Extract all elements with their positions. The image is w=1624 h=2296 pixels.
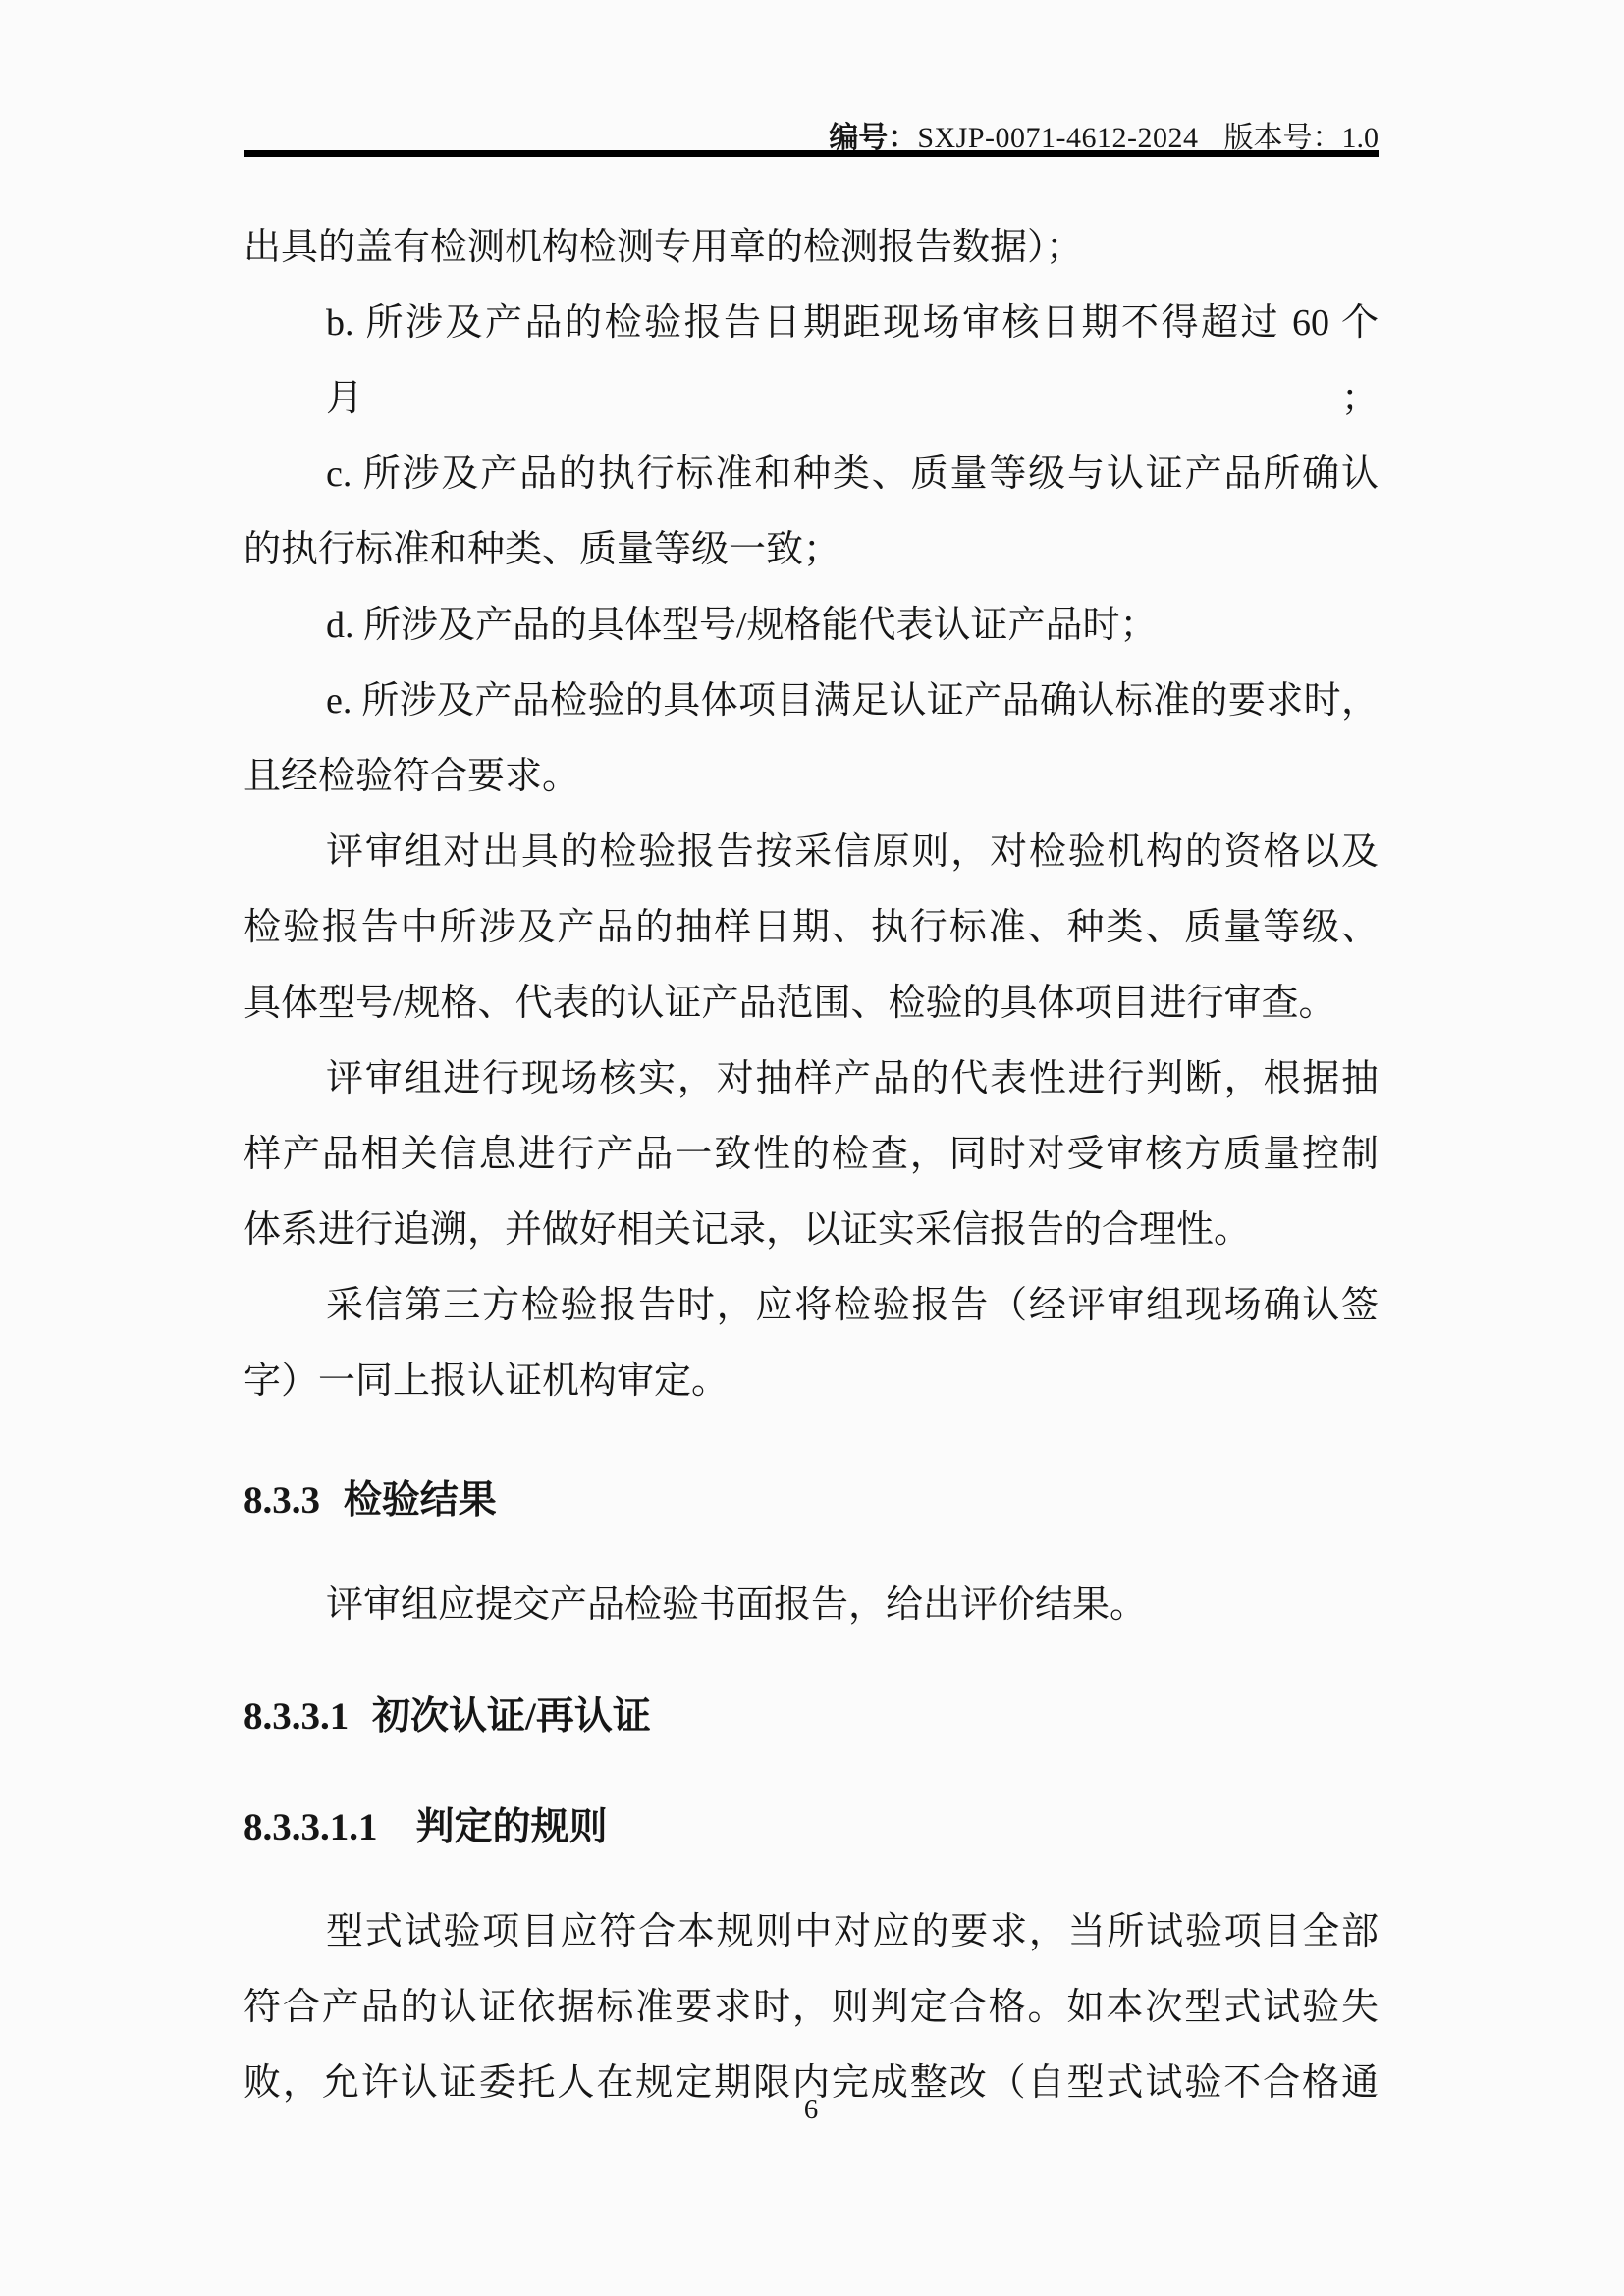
- header-divider: [244, 150, 1379, 157]
- section-heading: 8.3.3.1 初次认证/再认证: [244, 1679, 1379, 1754]
- paragraph-line: 符合产品的认证依据标准要求时，则判定合格。如本次型式试验失: [244, 1970, 1379, 2046]
- page-footer: 6: [244, 2093, 1379, 2126]
- paragraph-line: b. 所涉及产品的检验报告日期距现场审核日期不得超过 60 个月；: [244, 286, 1379, 437]
- paragraph-line: 体系进行追溯，并做好相关记录，以证实采信报告的合理性。: [244, 1193, 1379, 1268]
- paragraph-line: c. 所涉及产品的执行标准和种类、质量等级与认证产品所确认: [244, 437, 1379, 512]
- page-number: 6: [804, 2094, 819, 2125]
- section-heading: 8.3.3 检验结果: [244, 1463, 1379, 1538]
- paragraph-line: 评审组进行现场核实，对抽样产品的代表性进行判断，根据抽: [244, 1041, 1379, 1117]
- paragraph-line: 样产品相关信息进行产品一致性的检查，同时对受审核方质量控制: [244, 1117, 1379, 1193]
- paragraph-line: 的执行标准和种类、质量等级一致；: [244, 512, 1379, 588]
- section-heading: 8.3.3.1.1 判定的规则: [244, 1789, 1379, 1865]
- paragraph-line: 出具的盖有检测机构检测专用章的检测报告数据）；: [244, 210, 1379, 286]
- paragraph-line: 评审组应提交产品检验书面报告，给出评价结果。: [244, 1568, 1379, 1643]
- paragraph-line: d. 所涉及产品的具体型号/规格能代表认证产品时；: [244, 588, 1379, 664]
- paragraph-line: 字）一同上报认证机构审定。: [244, 1344, 1379, 1419]
- paragraph-line: 且经检验符合要求。: [244, 739, 1379, 815]
- paragraph-line: 检验报告中所涉及产品的抽样日期、执行标准、种类、质量等级、: [244, 890, 1379, 966]
- paragraph-line: 采信第三方检验报告时，应将检验报告（经评审组现场确认签: [244, 1268, 1379, 1344]
- paragraph-line: 型式试验项目应符合本规则中对应的要求，当所试验项目全部: [244, 1895, 1379, 1970]
- document-body: 出具的盖有检测机构检测专用章的检测报告数据）；b. 所涉及产品的检验报告日期距现…: [244, 210, 1379, 2121]
- paragraph-line: 评审组对出具的检验报告按采信原则，对检验机构的资格以及: [244, 815, 1379, 890]
- paragraph-line: e. 所涉及产品检验的具体项目满足认证产品确认标准的要求时，: [244, 664, 1379, 739]
- document-page: 编号：SXJP-0071-4612-2024版本号：1.0 出具的盖有检测机构检…: [0, 0, 1624, 2296]
- paragraph-line: 具体型号/规格、代表的认证产品范围、检验的具体项目进行审查。: [244, 966, 1379, 1041]
